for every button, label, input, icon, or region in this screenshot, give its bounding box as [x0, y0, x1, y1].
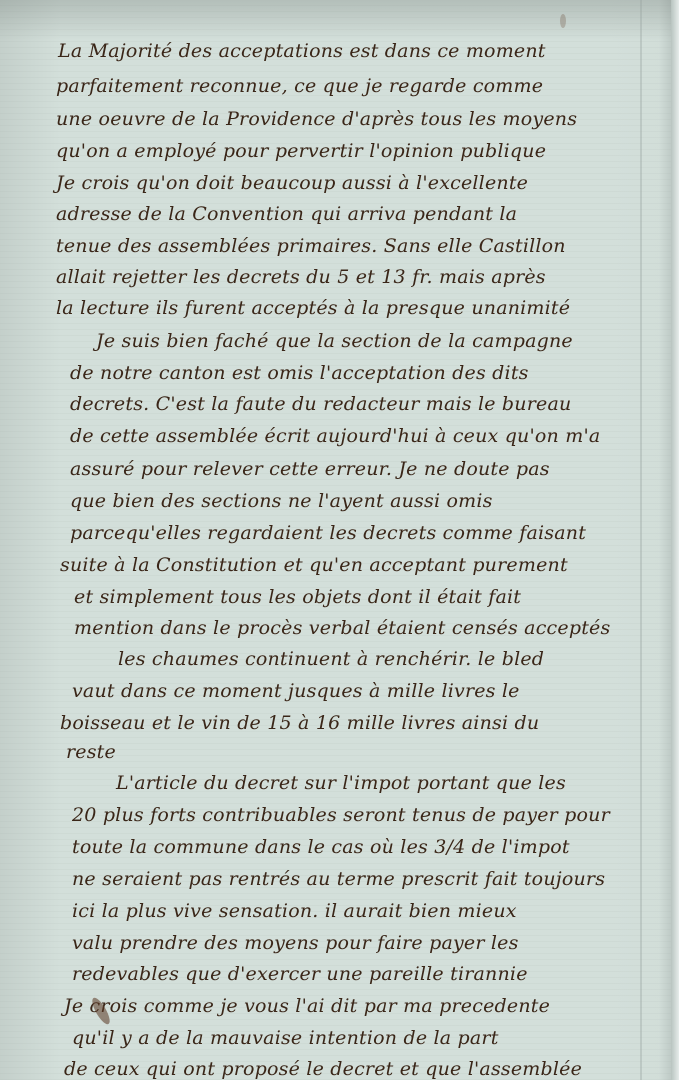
text-line: suite à la Constitution et qu'en accepta…	[60, 554, 568, 576]
text-line: adresse de la Convention qui arriva pend…	[56, 203, 517, 225]
text-line: de cette assemblée écrit aujourd'hui à c…	[70, 425, 600, 447]
text-line: de notre canton est omis l'acceptation d…	[70, 362, 529, 384]
text-line: ici la plus vive sensation. il aurait bi…	[72, 900, 517, 922]
paragraph-start-line: L'article du decret sur l'impot portant …	[116, 772, 566, 794]
text-line: de ceux qui ont proposé le decret et que…	[64, 1058, 582, 1080]
text-line: ne seraient pas rentrés au terme prescri…	[72, 868, 605, 890]
text-line: decrets. C'est la faute du redacteur mai…	[70, 393, 571, 415]
text-line: vaut dans ce moment jusques à mille livr…	[72, 680, 520, 702]
text-line: mention dans le procès verbal étaient ce…	[74, 617, 610, 639]
text-line: Je crois comme je vous l'ai dit par ma p…	[64, 995, 550, 1017]
text-line: boisseau et le vin de 15 à 16 mille livr…	[60, 712, 539, 734]
text-line: qu'on a employé pour pervertir l'opinion…	[56, 140, 546, 162]
text-line: parcequ'elles regardaient les decrets co…	[70, 522, 586, 544]
ink-blot	[560, 14, 566, 28]
text-line: valu prendre des moyens pour faire payer…	[72, 932, 519, 954]
text-line: que bien des sections ne l'ayent aussi o…	[70, 490, 493, 512]
handwritten-text-body: La Majorité des acceptations est dans ce…	[0, 0, 679, 1080]
text-line: et simplement tous les objets dont il ét…	[74, 586, 521, 608]
manuscript-page: La Majorité des acceptations est dans ce…	[0, 0, 679, 1080]
paragraph-start-line: les chaumes continuent à renchérir. le b…	[118, 648, 544, 670]
paragraph-start-line: Je suis bien faché que la section de la …	[96, 330, 573, 352]
text-line: La Majorité des acceptations est dans ce…	[58, 40, 618, 62]
text-line: redevables que d'exercer une pareille ti…	[72, 963, 528, 985]
text-line: parfaitement reconnue, ce que je regarde…	[56, 75, 543, 97]
text-line: qu'il y a de la mauvaise intention de la…	[72, 1027, 499, 1049]
text-line: la lecture ils furent acceptés à la pres…	[56, 297, 570, 319]
text-line: une oeuvre de la Providence d'après tous…	[56, 108, 577, 130]
text-line: tenue des assemblées primaires. Sans ell…	[56, 235, 566, 257]
text-line: allait rejetter les decrets du 5 et 13 f…	[56, 266, 546, 288]
text-line: assuré pour relever cette erreur. Je ne …	[70, 458, 550, 480]
text-line: reste	[66, 741, 116, 763]
text-line: Je crois qu'on doit beaucoup aussi à l'e…	[56, 172, 528, 194]
text-line: toute la commune dans le cas où les 3/4 …	[72, 836, 570, 858]
text-line: 20 plus forts contribuables seront tenus…	[72, 804, 610, 826]
